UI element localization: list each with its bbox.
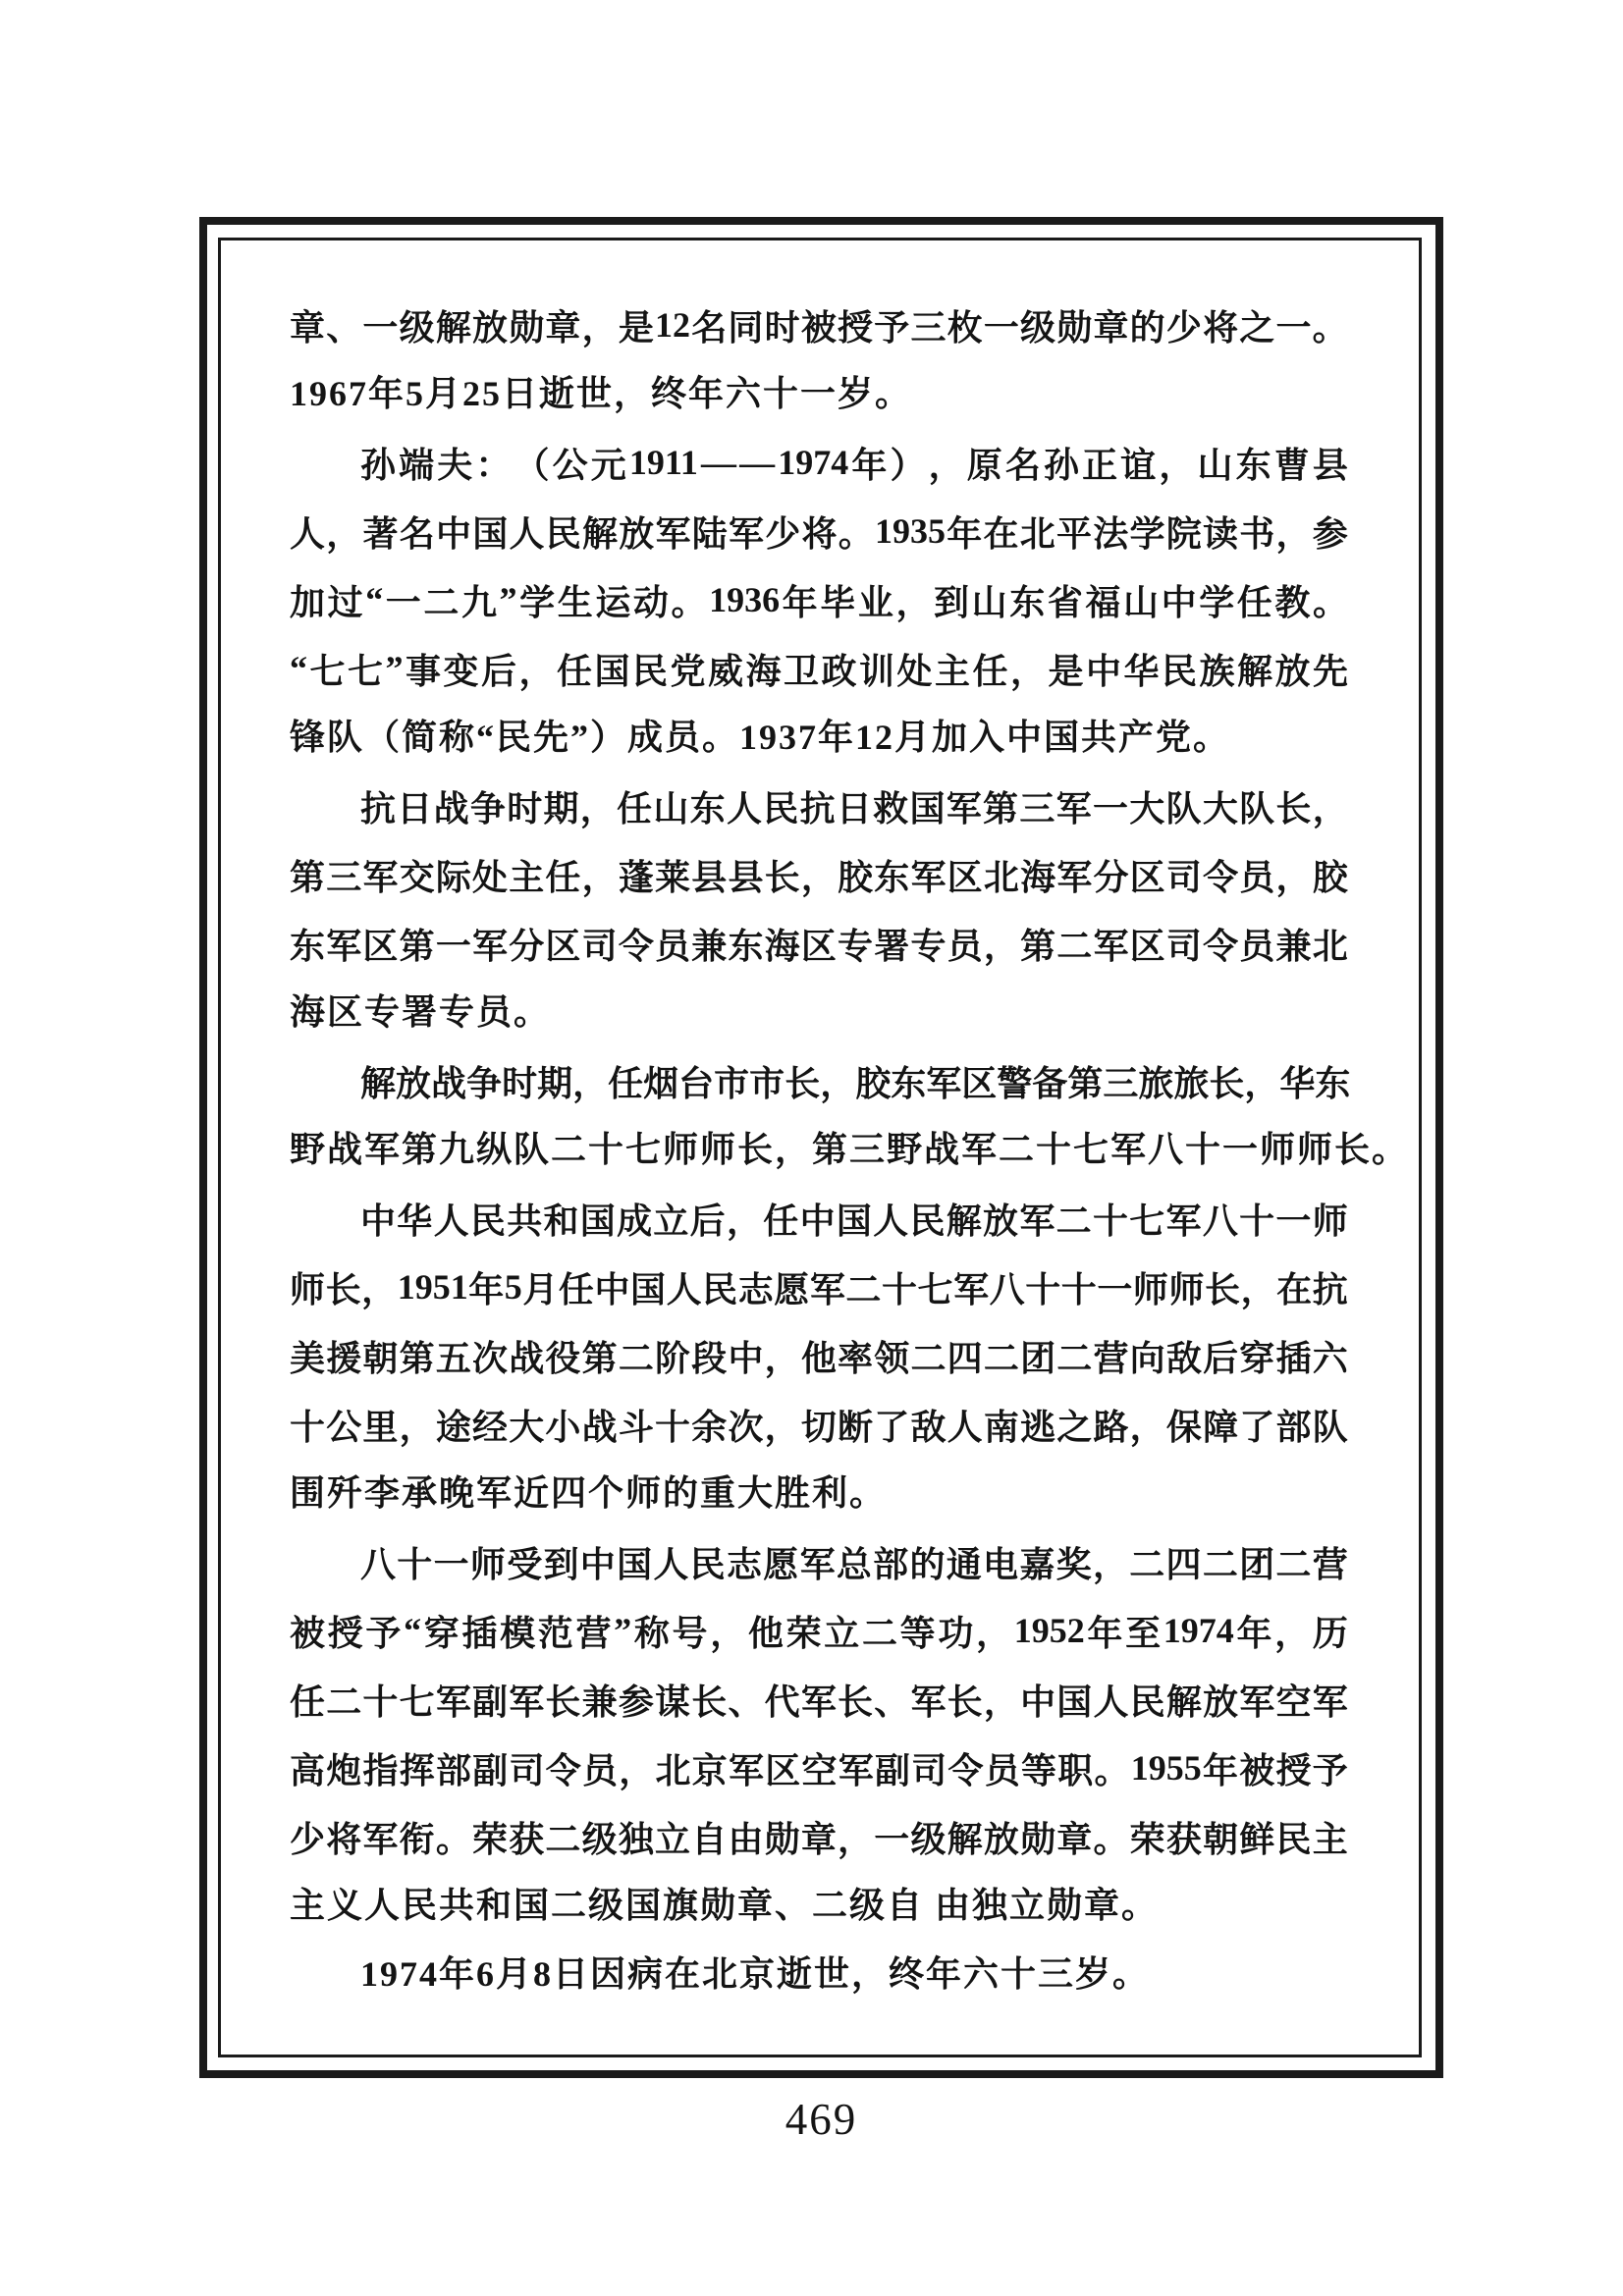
- text-line: 主义人民共和国二级国旗勋章、二级自 由独立勋章。: [290, 1871, 1348, 1940]
- biography-text-block: 章、一级解放勋章，是12名同时被授予三枚一级勋章的少将之一。1967年5月25日…: [290, 291, 1348, 2008]
- text-line: 加过“一二九”学生运动。1936年毕业，到山东省福山中学任教。: [290, 565, 1348, 634]
- text-line: 师长，1951年5月任中国人民志愿军二十七军八十十一师师长，在抗: [290, 1253, 1348, 1321]
- text-line: 任二十七军副军长兼参谋长、代军长、军长，中国人民解放军空军: [290, 1665, 1348, 1734]
- text-line: 八十一师受到中国人民志愿军总部的通电嘉奖，二四二团二营: [290, 1527, 1348, 1596]
- text-line: 抗日战争时期，任山东人民抗日救国军第三军一大队大队长，: [290, 772, 1348, 840]
- text-line: 锋队（简称“民先”）成员。1937年12月加入中国共产党。: [290, 703, 1348, 772]
- text-line: 东军区第一军分区司令员兼东海区专署专员，第二军区司令员兼北: [290, 909, 1348, 978]
- text-line: 第三军交际处主任，蓬莱县县长，胶东军区北海军分区司令员，胶: [290, 840, 1348, 909]
- book-page: 章、一级解放勋章，是12名同时被授予三枚一级勋章的少将之一。1967年5月25日…: [0, 0, 1623, 2296]
- text-line: 海区专署专员。: [290, 978, 1348, 1046]
- text-line: 人，著名中国人民解放军陆军少将。1935年在北平法学院读书，参: [290, 497, 1348, 565]
- text-line: 野战军第九纵队二十七师师长，第三野战军二十七军八十一师师长。: [290, 1115, 1348, 1184]
- text-line: “七七”事变后，任国民党威海卫政训处主任，是中华民族解放先: [290, 634, 1348, 703]
- text-line: 围歼李承晚军近四个师的重大胜利。: [290, 1459, 1348, 1527]
- text-line: 解放战争时期，任烟台市市长，胶东军区警备第三旅旅长，华东: [290, 1046, 1348, 1115]
- text-line: 十公里，途经大小战斗十余次，切断了敌人南逃之路，保障了部队: [290, 1390, 1348, 1459]
- page-number: 469: [199, 2095, 1443, 2144]
- text-line: 被授予“穿插模范营”称号，他荣立二等功，1952年至1974年，历: [290, 1596, 1348, 1665]
- text-line: 1974年6月8日因病在北京逝世，终年六十三岁。: [290, 1940, 1348, 2008]
- text-line: 美援朝第五次战役第二阶段中，他率领二四二团二营向敌后穿插六: [290, 1321, 1348, 1390]
- text-line: 中华人民共和国成立后，任中国人民解放军二十七军八十一师: [290, 1184, 1348, 1253]
- text-line: 高炮指挥部副司令员，北京军区空军副司令员等职。1955年被授予: [290, 1734, 1348, 1802]
- text-line: 章、一级解放勋章，是12名同时被授予三枚一级勋章的少将之一。: [290, 291, 1348, 359]
- text-line: 1967年5月25日逝世，终年六十一岁。: [290, 359, 1348, 428]
- text-line: 少将军衔。荣获二级独立自由勋章，一级解放勋章。荣获朝鲜民主: [290, 1802, 1348, 1871]
- text-line: 孙端夫：（公元1911——1974年），原名孙正谊，山东曹县: [290, 428, 1348, 497]
